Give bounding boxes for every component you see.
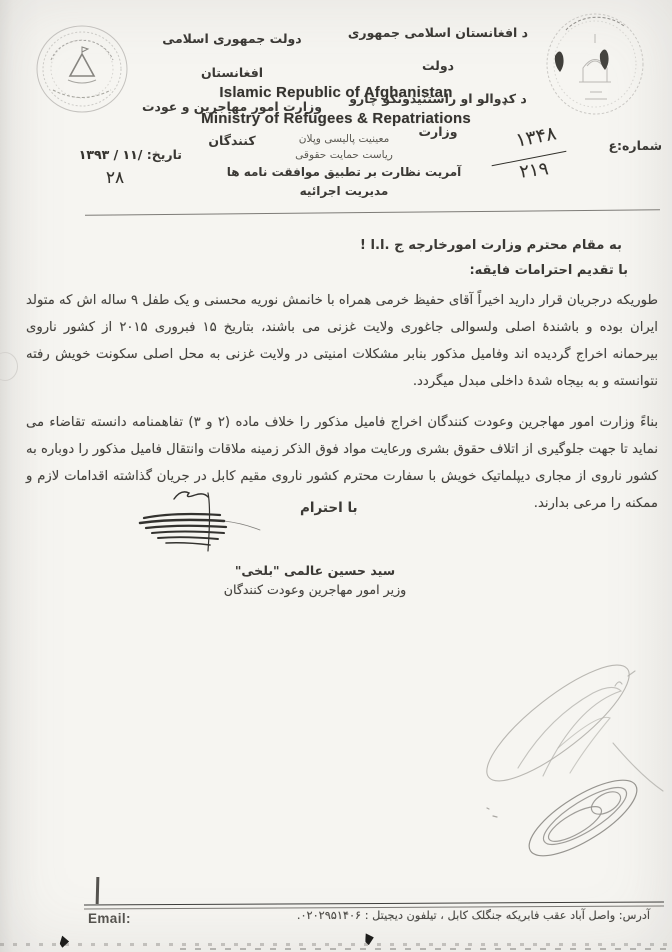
header-pashto-line1: د افغانستان اسلامی جمهوری دولت bbox=[332, 16, 544, 82]
minister-signature-icon bbox=[116, 484, 266, 566]
bottom-scan-mark-1 bbox=[59, 935, 70, 948]
reference-number-label: شماره:ع bbox=[609, 138, 662, 153]
bottom-edge-noise-2 bbox=[180, 948, 672, 950]
date-value: /۱۱ / ۱۳۹۳ bbox=[79, 147, 143, 162]
signatory-block: سید حسین عالمی "بلخی" وزیر امور مهاجرین … bbox=[208, 561, 422, 599]
date-line: تاریخ: /۱۱ / ۱۳۹۳ bbox=[58, 147, 182, 162]
body-paragraph-1: طوریکه درجریان قرار دارید اخیراً آقای حف… bbox=[26, 287, 658, 395]
header-english-line1: Islamic Republic of Afghanistan bbox=[0, 84, 672, 101]
department-line4: مدیریت اجرائیه bbox=[210, 182, 478, 201]
addressee-line: به مقام محترم وزارت امورخارجه ج .ا.ا ! bbox=[360, 238, 622, 253]
footer-address: آدرس: واصل آباد عقب فابریکه جنگلک کابل ،… bbox=[297, 909, 650, 922]
department-line1: معینیت پالیسی وپلان bbox=[210, 131, 478, 147]
department-block: معینیت پالیسی وپلان ریاست حمایت حقوقی آم… bbox=[210, 131, 478, 201]
pencil-signature-scribble-icon bbox=[463, 648, 668, 867]
hole-punch-mark bbox=[0, 352, 18, 381]
header-divider-rule bbox=[85, 209, 660, 216]
date-label: تاریخ: bbox=[147, 147, 182, 162]
date-day-handwritten: ۲۸ bbox=[95, 168, 135, 188]
bottom-edge-noise bbox=[0, 943, 672, 946]
salutation-line: با تقدیم احترامات فایقه: bbox=[469, 263, 628, 278]
footer-tick-mark bbox=[96, 877, 99, 904]
email-label: Email: bbox=[88, 911, 131, 926]
closing-salutation: با احترام bbox=[300, 500, 358, 516]
reference-number-denominator: ۲۱۹ bbox=[498, 156, 570, 185]
department-line2: ریاست حمایت حقوقی bbox=[210, 147, 478, 163]
department-line3: آمریت نظارت بر تطبیق موافقت نامه ها bbox=[210, 163, 478, 182]
header-dari-line1: دولت جمهوری اسلامی افغانستان bbox=[130, 22, 334, 90]
signatory-title: وزیر امور مهاجرین وعودت کنندگان bbox=[208, 580, 422, 599]
ministry-of-refugees-seal-icon bbox=[33, 24, 131, 120]
scanned-letter-page: د افغانستان اسلامی جمهوری دولت د کډوالو … bbox=[0, 0, 672, 952]
signatory-name: سید حسین عالمی "بلخی" bbox=[208, 561, 422, 580]
header-pashto: د افغانستان اسلامی جمهوری دولت د کډوالو … bbox=[332, 16, 544, 148]
